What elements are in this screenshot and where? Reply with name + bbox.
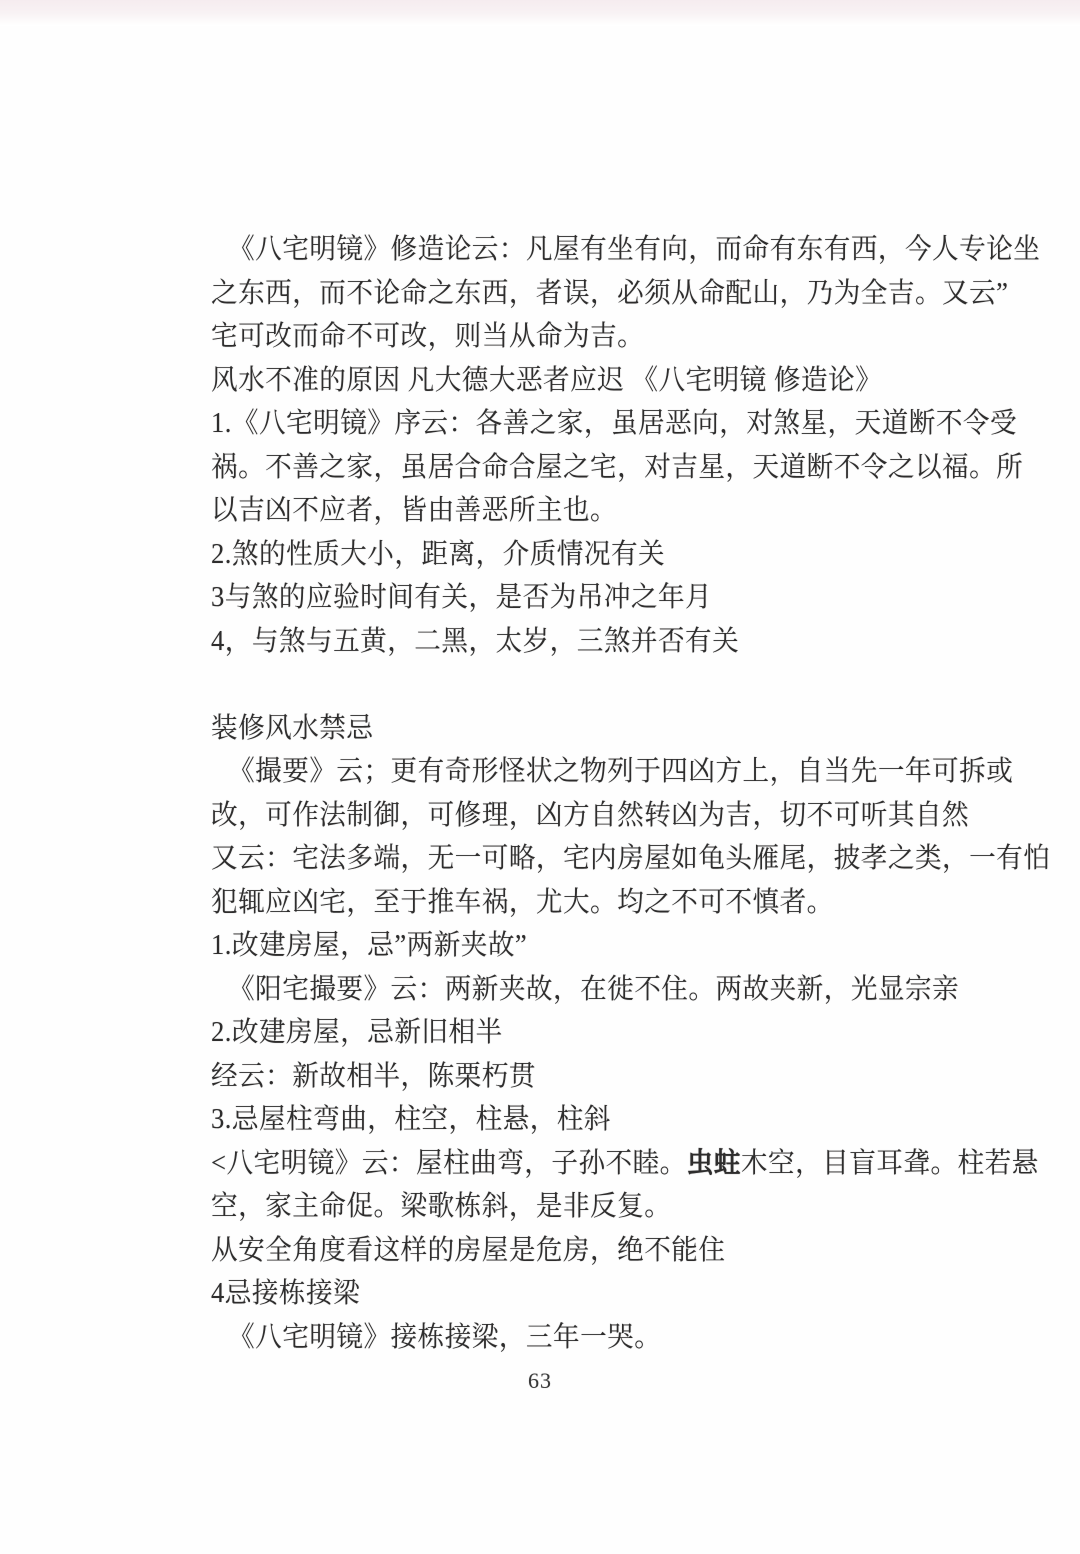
text-line: 改，可作法制御，可修理，凶方自然转凶为吉，切不可听其自然 [211, 794, 914, 838]
text-line: 装修风水禁忌 [211, 707, 914, 751]
text-line: 3与煞的应验时间有关，是否为吊冲之年月 [211, 576, 914, 620]
text-line: 《撮要》云；更有奇形怪状之物列于四凶方上，自当先一年可拆或 [211, 750, 914, 794]
text-line: 从安全角度看这样的房屋是危房，绝不能住 [211, 1229, 914, 1273]
text-line: 风水不准的原因 凡大德大恶者应迟 《八宅明镜 修造论》 [211, 359, 914, 403]
page-top-edge [0, 0, 1080, 26]
text-line: 宅可改而命不可改，则当从命为吉。 [211, 315, 914, 359]
text-segment: <八宅明镜》云：屋柱曲弯，子孙不睦。 [211, 1148, 687, 1179]
document-body: 《八宅明镜》修造论云：凡屋有坐有向，而命有东有西，今人专论坐之东西，而不论命之东… [211, 228, 914, 1359]
document-page: 《八宅明镜》修造论云：凡屋有坐有向，而命有东有西，今人专论坐之东西，而不论命之东… [0, 0, 1080, 1554]
text-line: 空，家主命促。梁歌栋斜，是非反复。 [211, 1185, 914, 1229]
text-line: 祸。不善之家，虽居合命合屋之宅，对吉星，天道断不令之以福。所 [211, 446, 914, 490]
text-line: 《八宅明镜》接栋接梁，三年一哭。 [211, 1316, 914, 1360]
text-line: 1.改建房屋，忌”两新夹故” [211, 924, 914, 968]
text-segment: 木空，目盲耳聋。柱若悬 [741, 1148, 1039, 1179]
text-line: 4忌接栋接梁 [211, 1272, 914, 1316]
text-line: 《阳宅撮要》云：两新夹故，在徙不住。两故夹新，光显宗亲 [211, 968, 914, 1012]
text-line: 经云：新故相半，陈栗朽贯 [211, 1055, 914, 1099]
bold-text-segment: 虫蛀 [687, 1148, 741, 1179]
text-line: 以吉凶不应者，皆由善恶所主也。 [211, 489, 914, 533]
text-line: 《八宅明镜》修造论云：凡屋有坐有向，而命有东有西，今人专论坐 [211, 228, 914, 272]
text-line: 之东西，而不论命之东西，者误，必须从命配山，乃为全吉。又云” [211, 272, 914, 316]
text-line: 1.《八宅明镜》序云：各善之家，虽居恶向，对煞星，天道断不令受 [211, 402, 914, 446]
page-number: 63 [0, 1368, 1080, 1394]
text-line: 2.煞的性质大小，距离，介质情况有关 [211, 533, 914, 577]
text-line: 4，与煞与五黄，二黑，太岁，三煞并否有关 [211, 620, 914, 664]
text-line: 犯辄应凶宅，至于推车祸，尤大。均之不可不慎者。 [211, 881, 914, 925]
blank-line [211, 663, 914, 707]
text-line: 又云：宅法多端，无一可略，宅内房屋如龟头雁尾，披孝之类，一有怕 [211, 837, 914, 881]
text-line: 2.改建房屋，忌新旧相半 [211, 1011, 914, 1055]
text-line: <八宅明镜》云：屋柱曲弯，子孙不睦。虫蛀木空，目盲耳聋。柱若悬 [211, 1142, 914, 1186]
text-line: 3.忌屋柱弯曲，柱空，柱悬，柱斜 [211, 1098, 914, 1142]
